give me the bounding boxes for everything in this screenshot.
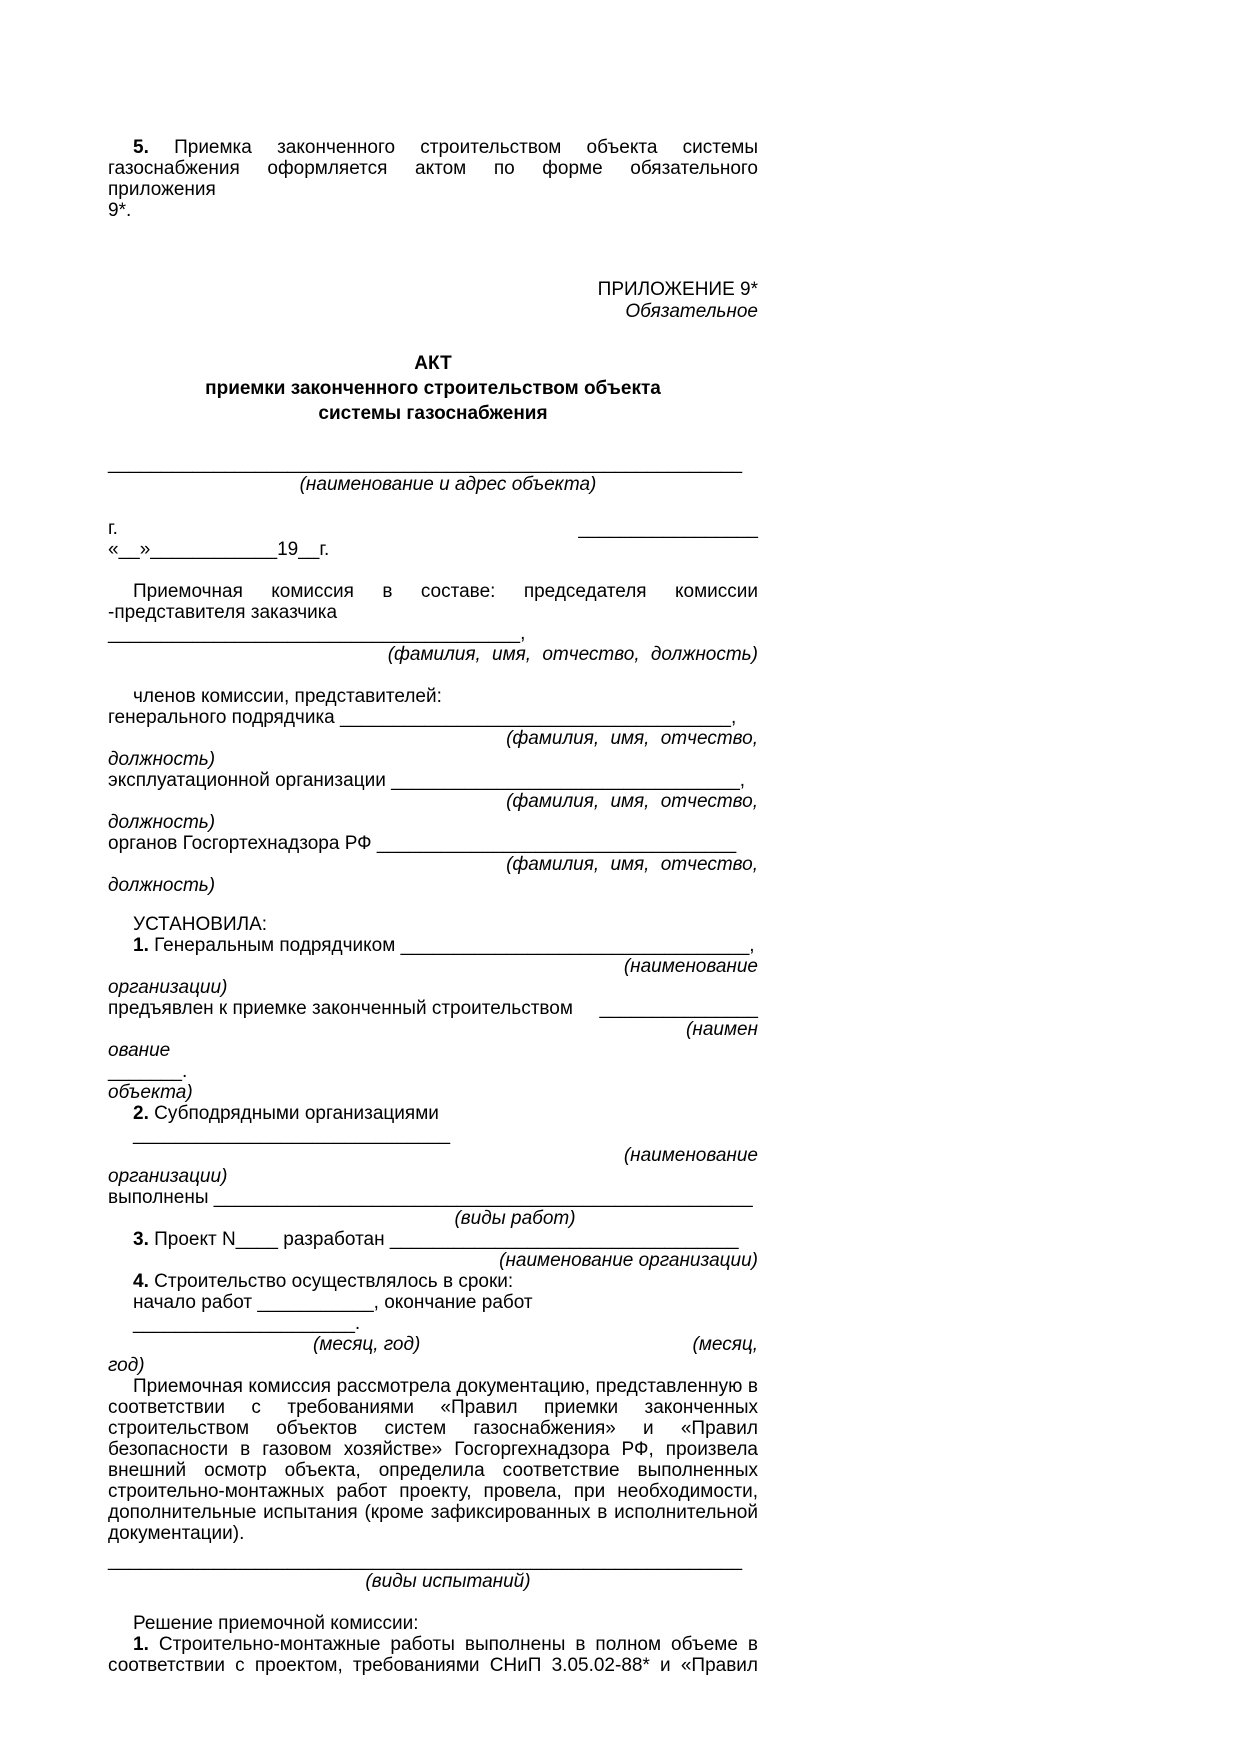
review-paragraph: Приемочная комиссия рассмотрела документ… [108, 1376, 758, 1544]
clause5-number: 5. [133, 137, 149, 158]
established-item3-caption: (наименование организации) [108, 1250, 758, 1271]
established-item4-line1-text: Строительство осуществлялось в сроки: [154, 1271, 513, 1292]
object-caption: (наименование и адрес объекта) [108, 474, 758, 495]
document-content: 5. Приемка законченного строительством о… [108, 0, 758, 1676]
members-general-contractor: генерального подрядчика ________________… [108, 707, 758, 728]
tests-block: ________________________________________… [108, 1550, 758, 1592]
clause5-line2: газоснабжения оформляется актом по форме… [108, 158, 758, 200]
established-item1-number: 1. [133, 935, 149, 956]
established-item2-line1: 2. Субподрядными организациями _________… [108, 1103, 758, 1145]
members-fio-caption-2b: должность) [108, 812, 758, 833]
members-fio-caption-3a: (фамилия, имя, отчество, [108, 854, 758, 875]
members-block: членов комиссии, представителей: генерал… [108, 686, 758, 896]
established-item2-line1-text: Субподрядными организациями ____________… [133, 1103, 450, 1145]
established-item4-line2: начало работ ___________, окончание рабо… [108, 1292, 758, 1334]
commission-line1: Приемочная комиссия в составе: председат… [108, 581, 758, 602]
members-operating-org: эксплуатационной организации ___________… [108, 770, 758, 791]
city-blank-field: _________________ [578, 518, 758, 539]
commission-line2: -представителя заказчика _______________… [108, 602, 758, 644]
decision-block: Решение приемочной комиссии: 1. Строител… [108, 1613, 758, 1676]
established-heading: УСТАНОВИЛА: [108, 914, 758, 935]
review-line4: безопасности в газовом хозяйстве» Госгор… [108, 1439, 758, 1460]
month-year-caption-cont: год) [108, 1355, 758, 1376]
decision-item1-number: 1. [133, 1634, 149, 1655]
clause5-line3: 9*. [108, 200, 758, 221]
month-year-caption-left: (месяц, год) [313, 1334, 420, 1355]
clause-5-paragraph: 5. Приемка законченного строительством о… [108, 137, 758, 221]
clause5-line1: 5. Приемка законченного строительством о… [108, 137, 758, 158]
established-item1-caption-1: (наименование [108, 956, 758, 977]
established-item1-line1: 1. Генеральным подрядчиком _____________… [108, 935, 758, 956]
city-line: г. _________________ [108, 518, 758, 539]
decision-heading: Решение приемочной комиссии: [108, 1613, 758, 1634]
members-fio-caption-1a: (фамилия, имя, отчество, [108, 728, 758, 749]
established-item1-caption-3: (наимен [108, 1019, 758, 1040]
date-line: «__»____________19__г. [108, 539, 758, 560]
object-blank-rule: ________________________________________… [108, 453, 758, 474]
members-fio-caption-1b: должность) [108, 749, 758, 770]
review-line6: строительно-монтажных работ проекту, про… [108, 1481, 758, 1502]
established-item2-caption-3: (виды работ) [108, 1208, 758, 1229]
established-item2-number: 2. [133, 1103, 149, 1124]
established-item3-line1-text: Проект N____ разработан ________________… [154, 1229, 738, 1250]
annex-label: ПРИЛОЖЕНИЕ 9* [108, 279, 758, 301]
act-title-line1: АКТ [108, 351, 758, 376]
review-line7: дополнительные испытания (кроме зафиксир… [108, 1502, 758, 1523]
review-line8: документации). [108, 1523, 758, 1544]
annex-type: Обязательное [108, 301, 758, 323]
act-title: АКТ приемки законченного строительством … [108, 351, 758, 426]
established-item1-line2: предъявлен к приемке законченный строите… [108, 998, 758, 1019]
established-item1-caption-5: объекта) [108, 1082, 758, 1103]
established-block: УСТАНОВИЛА: 1. Генеральным подрядчиком _… [108, 914, 758, 1376]
commission-paragraph: Приемочная комиссия в составе: председат… [108, 581, 758, 665]
review-line5: внешний осмотр объекта, определила соотв… [108, 1460, 758, 1481]
established-item1-line2-blank: _______________ [599, 998, 758, 1019]
established-item4-line1: 4. Строительство осуществлялось в сроки: [108, 1271, 758, 1292]
review-line1: Приемочная комиссия рассмотрела документ… [108, 1376, 758, 1397]
members-gosgortehnadzor: органов Госгортехнадзора РФ ____________… [108, 833, 758, 854]
place-date-block: г. _________________ «__»____________19_… [108, 518, 758, 560]
established-item1-caption-2: организации) [108, 977, 758, 998]
decision-item1-line1-text: Строительно-монтажные работы выполнены в… [159, 1634, 758, 1655]
review-line3: строительством объектов систем газоснабж… [108, 1418, 758, 1439]
members-fio-caption-3b: должность) [108, 875, 758, 896]
established-item3-number: 3. [133, 1229, 149, 1250]
established-item1-line2-text: предъявлен к приемке законченный строите… [108, 998, 573, 1019]
members-intro: членов комиссии, представителей: [108, 686, 758, 707]
review-line2: соответствии с требованиями «Правил прие… [108, 1397, 758, 1418]
established-item4-captions: (месяц, год) (месяц, [108, 1334, 758, 1355]
established-item1-caption-4: ование [108, 1040, 758, 1061]
decision-item1-line2: соответствии с проектом, требованиями СН… [108, 1655, 758, 1676]
document-page: 5. Приемка законченного строительством о… [0, 0, 1240, 1755]
established-item1-line3: _______. [108, 1061, 758, 1082]
tests-caption: (виды испытаний) [108, 1571, 758, 1592]
act-title-line3: системы газоснабжения [108, 401, 758, 426]
tests-blank-rule: ________________________________________… [108, 1550, 758, 1571]
clause5-line1-text: Приемка законченного строительством объе… [174, 137, 758, 158]
annex-heading: ПРИЛОЖЕНИЕ 9* Обязательное [108, 279, 758, 323]
act-title-line2: приемки законченного строительством объе… [108, 376, 758, 401]
established-item1-line1-text: Генеральным подрядчиком ________________… [154, 935, 754, 956]
established-item3-line1: 3. Проект N____ разработан _____________… [108, 1229, 758, 1250]
members-fio-caption-2a: (фамилия, имя, отчество, [108, 791, 758, 812]
decision-item1-line1: 1. Строительно-монтажные работы выполнен… [108, 1634, 758, 1655]
month-year-caption-right: (месяц, [693, 1334, 759, 1355]
established-item2-caption-1: (наименование [108, 1145, 758, 1166]
city-label: г. [108, 518, 118, 539]
established-item4-number: 4. [133, 1271, 149, 1292]
established-item2-caption-2: организации) [108, 1166, 758, 1187]
established-item2-line2: выполнены ______________________________… [108, 1187, 758, 1208]
object-name-block: ________________________________________… [108, 453, 758, 495]
commission-fio-caption: (фамилия, имя, отчество, должность) [108, 644, 758, 665]
